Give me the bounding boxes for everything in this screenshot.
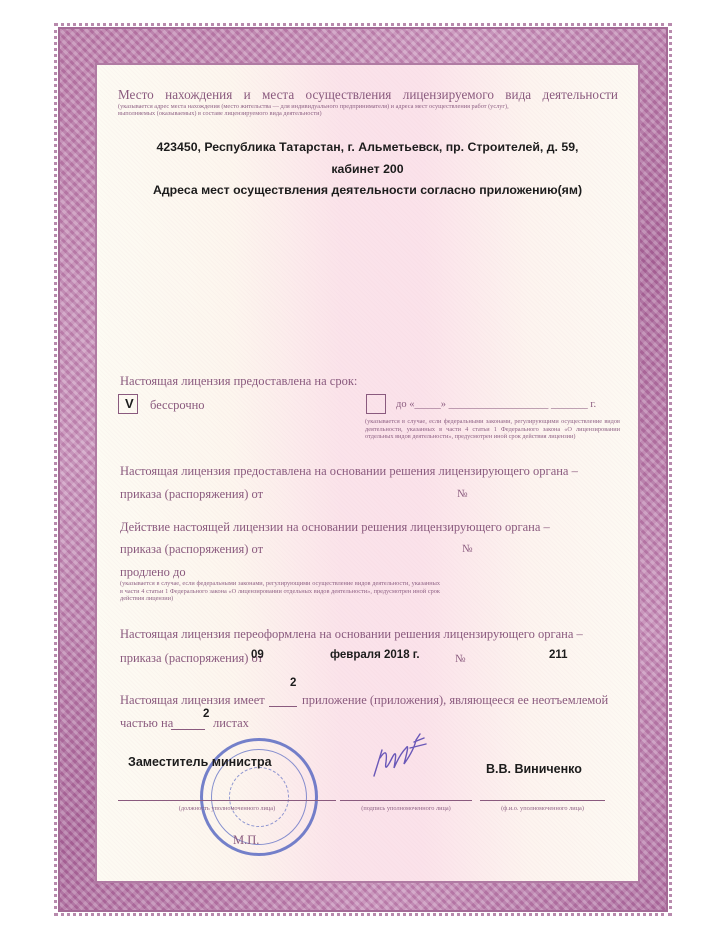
until-date-field: до «_____» ___________________ _______ г… — [396, 399, 596, 410]
grant-heading: Настоящая лицензия предоставлена на осно… — [120, 464, 578, 479]
signatory-name: В.В. Виниченко — [486, 762, 582, 776]
until-date-checkbox[interactable] — [366, 394, 386, 414]
appendix-text-before: Настоящая лицензия имеет — [120, 693, 265, 708]
appendix-text-after: приложение (приложения), являющееся ее н… — [302, 693, 608, 708]
reissue-day: 09 — [251, 649, 264, 661]
grant-number-label: № — [457, 488, 468, 500]
signature-line — [340, 800, 472, 801]
name-line — [480, 800, 605, 801]
check-mark-icon: V — [125, 396, 134, 411]
address-line-1: 423450, Республика Татарстан, г. Альметь… — [100, 140, 635, 154]
extension-number-label: № — [462, 543, 473, 555]
address-line-2: кабинет 200 — [100, 162, 635, 176]
reissue-heading: Настоящая лицензия переоформлена на осно… — [120, 627, 583, 642]
term-heading: Настоящая лицензия предоставлена на срок… — [120, 374, 357, 389]
reissue-number: 211 — [549, 649, 568, 661]
unlimited-label: бессрочно — [150, 398, 205, 413]
addresses-note: Адреса мест осуществления деятельности с… — [100, 183, 635, 197]
position-line — [118, 800, 336, 801]
extended-until-label: продлено до — [120, 565, 186, 580]
extension-order-label: приказа (распоряжения) от — [120, 542, 263, 557]
until-note: (указывается в случае, если федеральными… — [365, 418, 620, 441]
signature-icon — [370, 728, 430, 780]
position-caption: (должность уполномоченного лица) — [118, 805, 336, 813]
sheets-count: 2 — [203, 708, 209, 720]
unlimited-checkbox[interactable]: V — [118, 394, 138, 414]
reissue-number-label: № — [455, 653, 466, 665]
location-heading: Место нахождения и места осуществления л… — [118, 87, 618, 103]
reissue-month-year: февраля 2018 г. — [330, 649, 420, 661]
appendix-count-line — [269, 706, 297, 707]
sheets-text-before: частью на — [120, 716, 173, 731]
sheets-text-after: листах — [213, 716, 249, 731]
reissue-order-label: приказа (распоряжения) от — [120, 651, 263, 666]
grant-order-label: приказа (распоряжения) от — [120, 487, 263, 502]
signatory-position: Заместитель министра — [128, 755, 272, 769]
location-note-2: выполняемых (оказываемых) в составе лице… — [118, 110, 623, 118]
signature-caption: (подпись уполномоченного лица) — [340, 805, 472, 813]
seal-label: М.П. — [233, 833, 259, 848]
appendix-count: 2 — [290, 677, 296, 689]
extension-heading: Действие настоящей лицензии на основании… — [120, 520, 550, 535]
sheets-count-line — [171, 729, 205, 730]
name-caption: (ф.и.о. уполномоченного лица) — [480, 805, 605, 813]
extended-note: (указывается в случае, если федеральными… — [120, 580, 440, 603]
